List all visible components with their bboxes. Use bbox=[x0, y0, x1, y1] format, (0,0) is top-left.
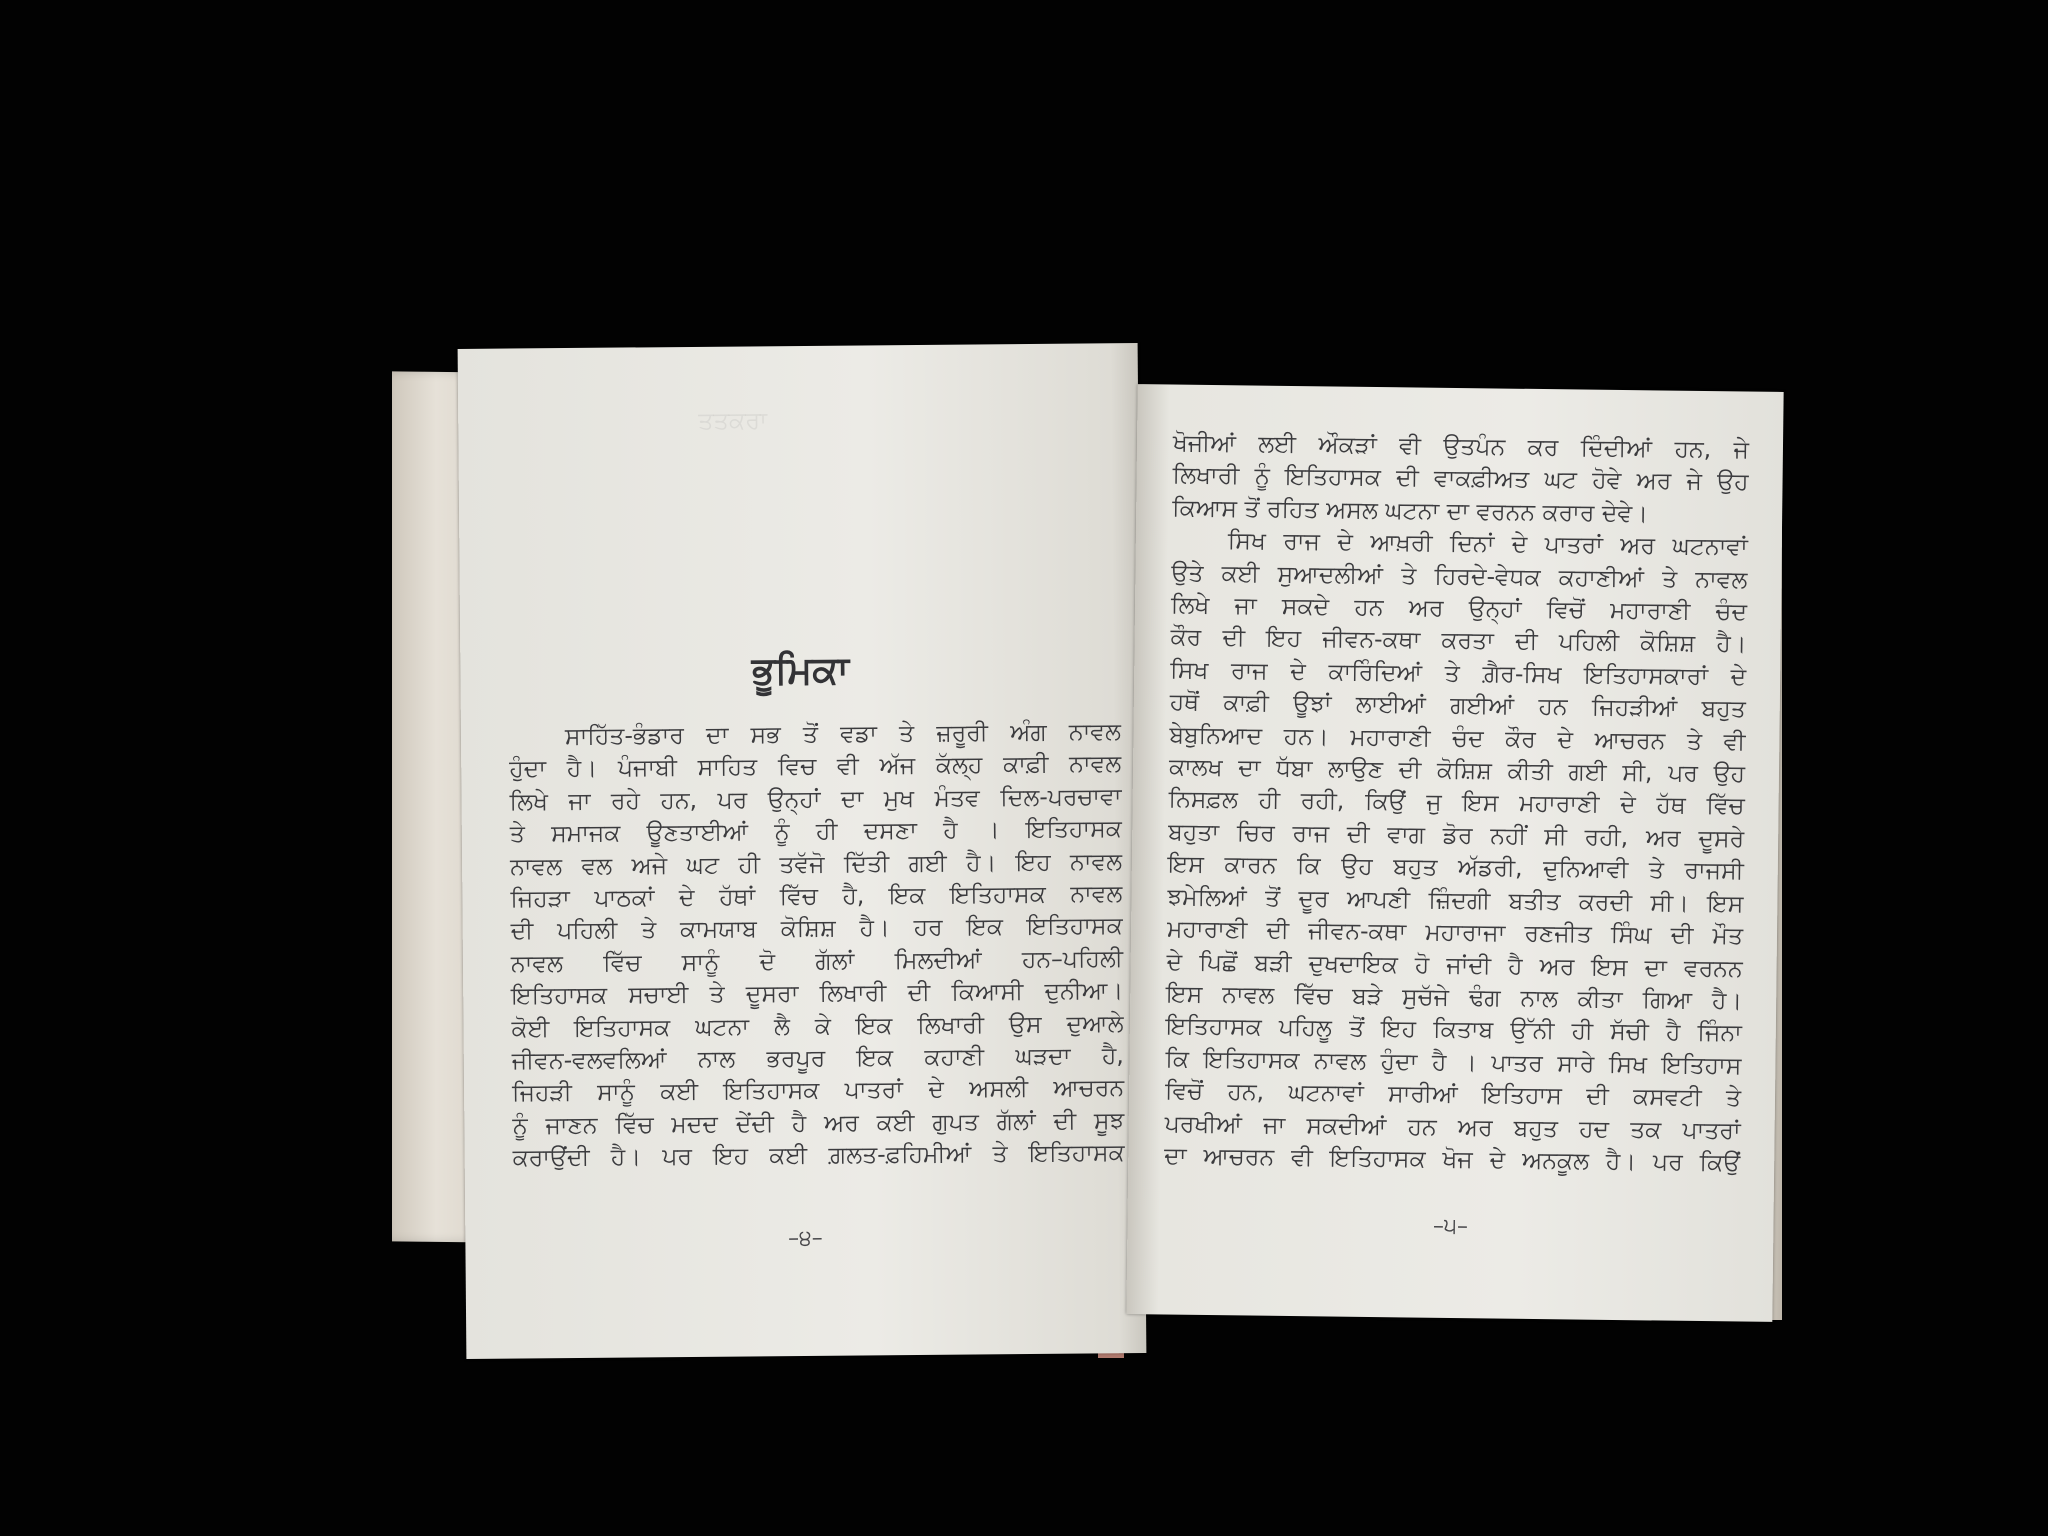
page-title: ਭੂਮਿਕਾ bbox=[460, 645, 1140, 696]
text-line: ਨਾਵਲ ਵਿੱਚ ਸਾਨੂੰ ਦੋ ਗੱਲਾਂ ਮਿਲਦੀਆਂ ਹਨ–ਪਹਿਲ… bbox=[511, 942, 1123, 980]
text-line: ਨਾਵਲ ਵਲ ਅਜੇ ਘਟ ਹੀ ਤਵੱਜੋ ਦਿੱਤੀ ਗਈ ਹੈ। ਇਹ … bbox=[510, 845, 1122, 883]
left-page: ਤਤਕਰਾ ਭੂਮਿਕਾ ਸਾਹਿੱਤ-ਭੰਡਾਰ ਦਾ ਸਭ ਤੋਂ ਵਡਾ … bbox=[458, 343, 1147, 1359]
left-page-body: ਸਾਹਿੱਤ-ਭੰਡਾਰ ਦਾ ਸਭ ਤੋਂ ਵਡਾ ਤੇ ਜ਼ਰੂਰੀ ਅੰਗ… bbox=[509, 715, 1125, 1174]
text-line: ਜਿਹੜਾ ਪਾਠਕਾਂ ਦੇ ਹੱਥਾਂ ਵਿੱਚ ਹੈ, ਇਕ ਇਤਿਹਾਸ… bbox=[510, 877, 1122, 915]
text-line: ਇਤਿਹਾਸਕ ਸਚਾਈ ਤੇ ਦੂਸਰਾ ਲਿਖਾਰੀ ਦੀ ਕਿਆਸੀ ਦੁ… bbox=[511, 974, 1123, 1012]
text-line: ਦਾ ਆਚਰਨ ਵੀ ਇਤਿਹਾਸਕ ਖੋਜ ਦੇ ਅਨਕੂਲ ਹੈ। ਪਰ ਕ… bbox=[1164, 1139, 1740, 1178]
right-page: ਖੋਜੀਆਂ ਲਈ ਔਕੜਾਂ ਵੀ ਉਤਪੰਨ ਕਰ ਦਿੰਦੀਆਂ ਹਨ, … bbox=[1126, 384, 1783, 1322]
text-line: ਹੁੰਦਾ ਹੈ। ਪੰਜਾਬੀ ਸਾਹਿਤ ਵਿਚ ਵੀ ਅੱਜ ਕੱਲ੍ਹ … bbox=[509, 748, 1121, 786]
text-line: ਕਰਾਉਂਦੀ ਹੈ। ਪਰ ਇਹ ਕਈ ਗ਼ਲਤ-ਫ਼ਹਿਮੀਆਂ ਤੇ ਇਤ… bbox=[513, 1136, 1125, 1174]
text-line: ਨੂੰ ਜਾਣਨ ਵਿੱਚ ਮਦਦ ਦੇਂਦੀ ਹੈ ਅਰ ਕਈ ਗੁਪਤ ਗੱ… bbox=[512, 1104, 1124, 1142]
right-page-body: ਖੋਜੀਆਂ ਲਈ ਔਕੜਾਂ ਵੀ ਉਤਪੰਨ ਕਰ ਦਿੰਦੀਆਂ ਹਨ, … bbox=[1164, 427, 1749, 1179]
text-line: ਸਾਹਿੱਤ-ਭੰਡਾਰ ਦਾ ਸਭ ਤੋਂ ਵਡਾ ਤੇ ਜ਼ਰੂਰੀ ਅੰਗ… bbox=[509, 715, 1121, 753]
page-number: –੪– bbox=[465, 1223, 1145, 1254]
show-through-text: ਤਤਕਰਾ bbox=[698, 406, 767, 435]
open-book: ਤਤਕਰਾ ਭੂਮਿਕਾ ਸਾਹਿੱਤ-ਭੰਡਾਰ ਦਾ ਸਭ ਤੋਂ ਵਡਾ … bbox=[0, 0, 2048, 1536]
text-line: ਦੀ ਪਹਿਲੀ ਤੇ ਕਾਮਯਾਬ ਕੋਸ਼ਿਸ਼ ਹੈ। ਹਰ ਇਕ ਇਤਿ… bbox=[511, 910, 1123, 948]
page-number: –੫– bbox=[1127, 1210, 1773, 1243]
text-line: ਜੀਵਨ-ਵਲਵਲਿਆਂ ਨਾਲ ਭਰਪੂਰ ਇਕ ਕਹਾਣੀ ਘੜਦਾ ਹੈ, bbox=[512, 1039, 1124, 1077]
text-line: ਲਿਖੇ ਜਾ ਰਹੇ ਹਨ, ਪਰ ਉਨ੍ਹਾਂ ਦਾ ਮੁਖ ਮੰਤਵ ਦਿ… bbox=[509, 780, 1121, 818]
text-line: ਕੋਈ ਇਤਿਹਾਸਕ ਘਟਨਾ ਲੈ ਕੇ ਇਕ ਲਿਖਾਰੀ ਉਸ ਦੁਆਲ… bbox=[511, 1007, 1123, 1045]
text-line: ਤੇ ਸਮਾਜਕ ਊਣਤਾਈਆਂ ਨੂੰ ਹੀ ਦਸਣਾ ਹੈ । ਇਤਿਹਾਸ… bbox=[510, 812, 1122, 850]
text-line: ਜਿਹੜੀ ਸਾਨੂੰ ਕਈ ਇਤਿਹਾਸਕ ਪਾਤਰਾਂ ਦੇ ਅਸਲੀ ਆਚ… bbox=[512, 1072, 1124, 1110]
